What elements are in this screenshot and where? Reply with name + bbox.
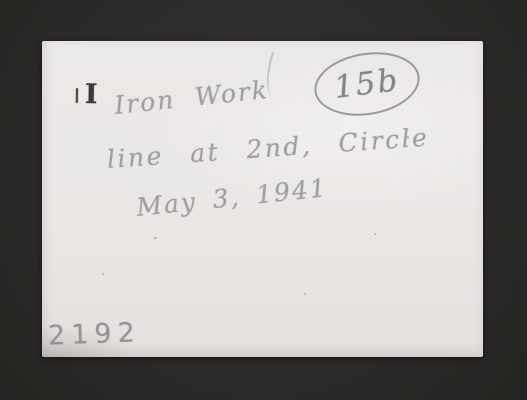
scan-mat-background: II 15b Iron Work line at 2nd, Circle May… bbox=[0, 0, 527, 400]
catalog-number: 2192 bbox=[47, 317, 141, 351]
handwriting-date-line: May 3, 1941 bbox=[135, 173, 329, 222]
surface-speck bbox=[374, 233, 376, 235]
ink-numeral-stamp: II bbox=[74, 81, 103, 111]
circled-number-annotation: 15b bbox=[310, 45, 424, 123]
circled-number-label: 15b bbox=[332, 62, 401, 106]
handwriting-line-1: Iron Work bbox=[113, 75, 270, 120]
handwriting-line-2: line at 2nd, Circle bbox=[106, 123, 430, 174]
surface-speck bbox=[304, 293, 306, 295]
surface-speck bbox=[102, 273, 104, 275]
photo-verso-card: II 15b Iron Work line at 2nd, Circle May… bbox=[42, 41, 483, 357]
surface-speck bbox=[407, 136, 409, 139]
surface-speck bbox=[154, 237, 157, 239]
